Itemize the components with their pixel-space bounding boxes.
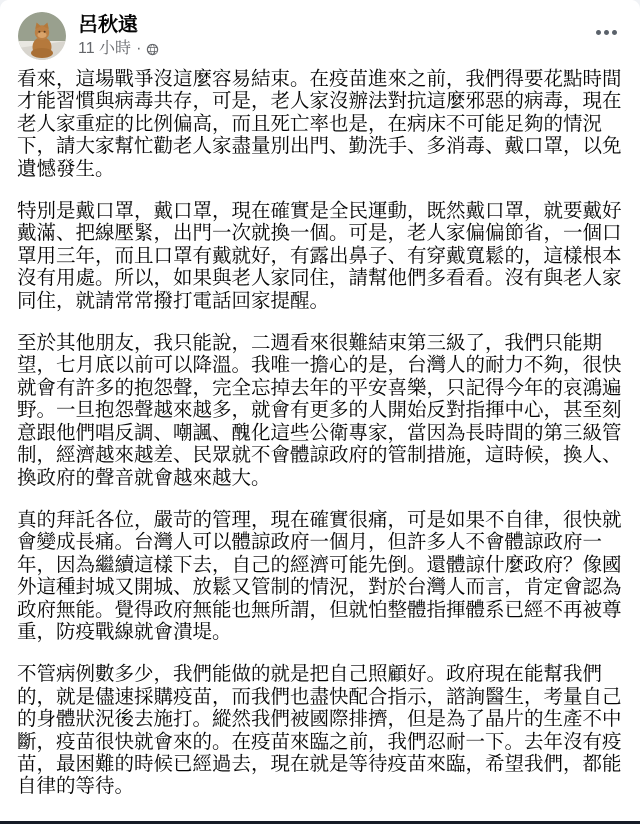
post-paragraph: 不管病例數多少，我們能做的就是把自己照顧好。政府現在能幫我們的，就是儘速採購疫苗… [17,663,624,797]
post-paragraph: 真的拜託各位，嚴苛的管理，現在確實很痛，可是如果不自律，很快就會變成長痛。台灣人… [17,509,624,643]
timestamp[interactable]: 11 小時 [78,39,131,59]
ellipsis-icon [604,30,609,35]
post-options-button[interactable] [588,14,624,50]
ellipsis-icon [596,30,601,35]
post-body: 看來，這場戰爭沒這麼容易結束。在疫苗進來之前，我們得要花點時間才能習慣與病毒共存… [0,66,640,798]
cat-avatar-image [18,12,66,60]
post-paragraph: 看來，這場戰爭沒這麼容易結束。在疫苗進來之前，我們得要花點時間才能習慣與病毒共存… [17,68,624,180]
ellipsis-icon [612,30,617,35]
post-header: 呂秋遠 11 小時 · [0,0,640,66]
page: 呂秋遠 11 小時 · 看來，這場戰爭沒這麼容易結束。在疫苗進來之前，我們得要 [0,0,640,824]
author-name[interactable]: 呂秋遠 [78,13,138,38]
avatar[interactable] [18,12,66,60]
globe-icon [146,43,159,56]
post-header-text: 呂秋遠 11 小時 · [78,12,588,59]
post-paragraph: 特別是戴口罩，戴口罩，現在確實是全民運動，既然戴口罩，就要戴好戴滿、把線壓緊，出… [17,200,624,312]
post-paragraph: 至於其他朋友，我只能說，二週看來很難結束第三級了，我們只能期望，七月底以前可以降… [17,332,624,489]
meta-separator: · [136,39,141,59]
facebook-post-card: 呂秋遠 11 小時 · 看來，這場戰爭沒這麼容易結束。在疫苗進來之前，我們得要 [0,0,640,824]
post-meta: 11 小時 · [78,39,588,59]
